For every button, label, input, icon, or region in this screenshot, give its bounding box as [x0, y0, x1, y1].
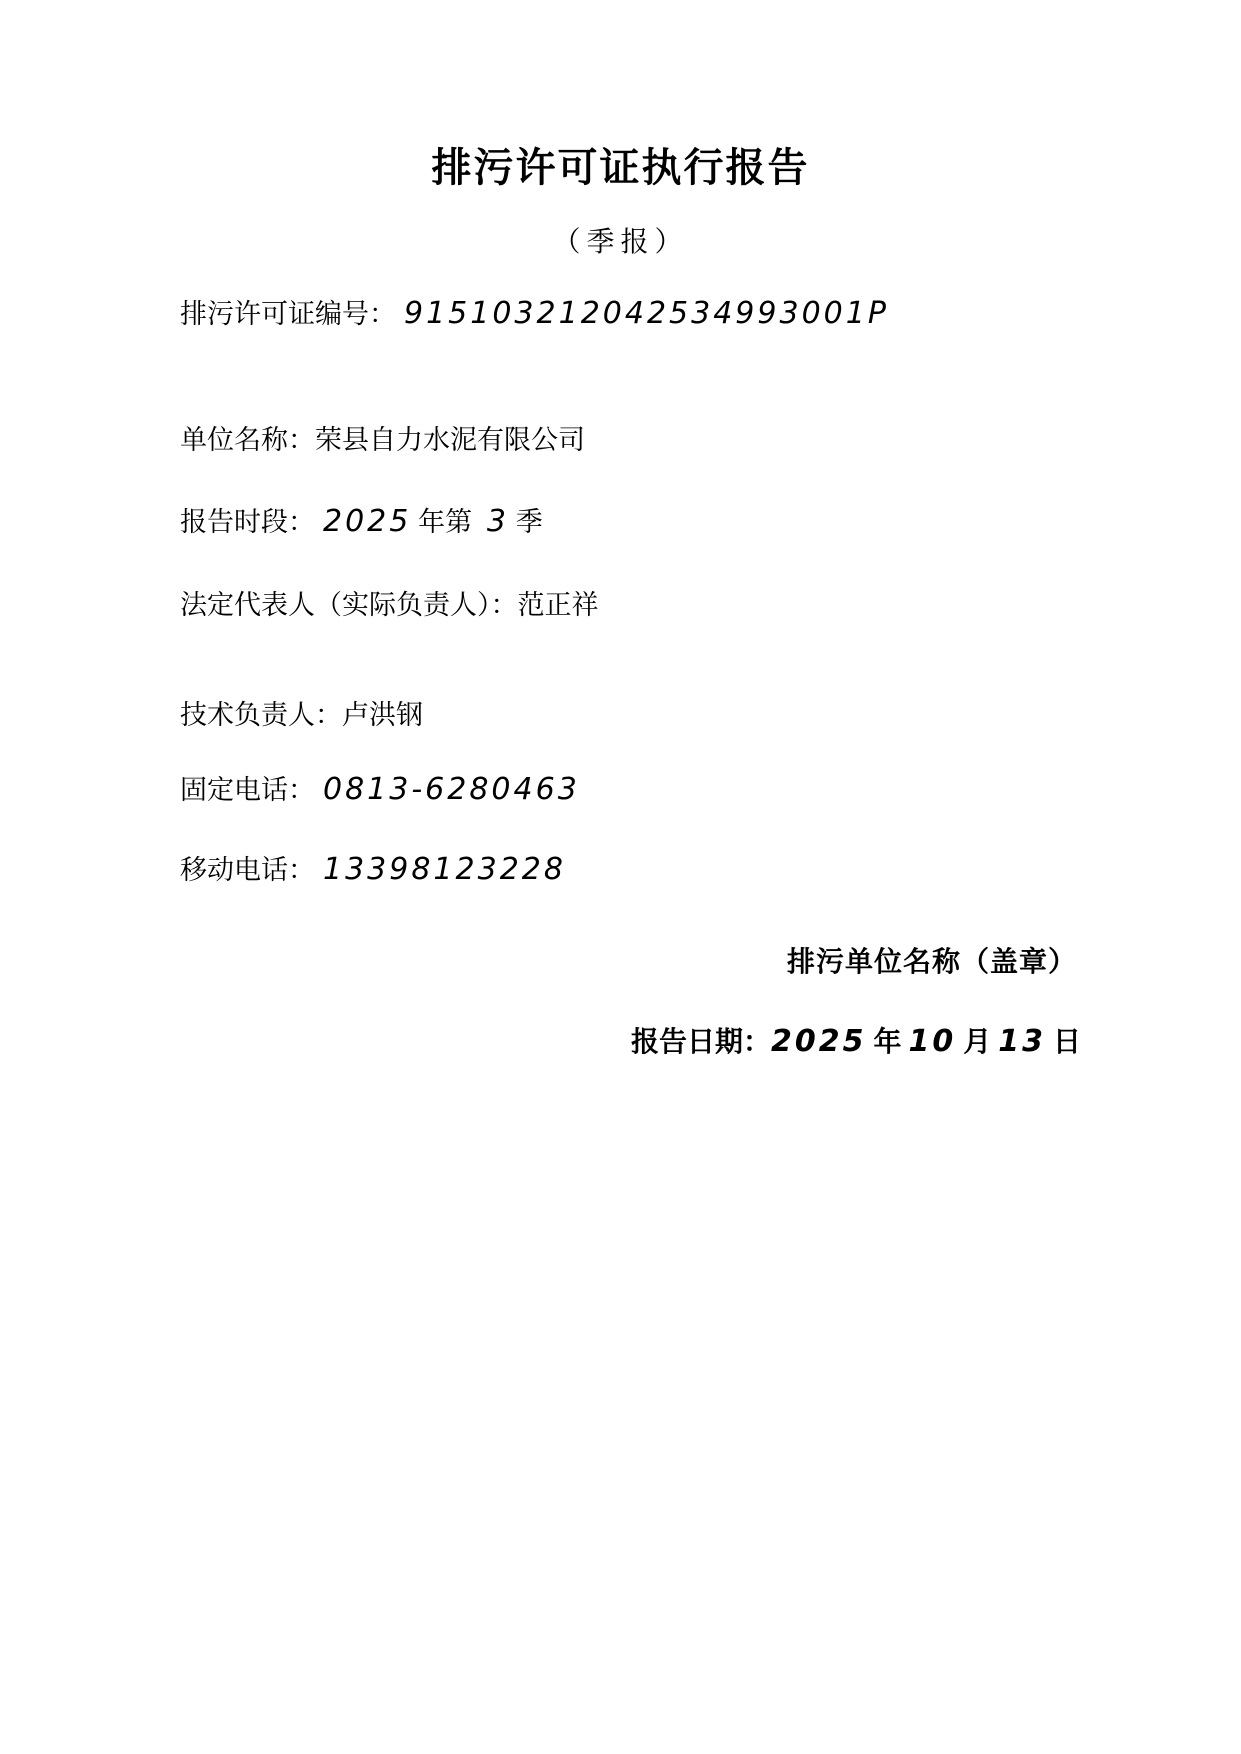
stamp-line: 排污单位名称（盖章） — [787, 940, 1077, 980]
text-segment: 3 — [479, 504, 509, 539]
text-segment: 报告日期： — [631, 1027, 771, 1058]
text-segment: 13398123228 — [315, 852, 566, 887]
text-segment: 法定代表人（实际负责人）： — [180, 590, 518, 620]
text-segment: 固定电话： — [180, 775, 315, 805]
text-segment: 荣县自力水泥有限公司 — [315, 425, 585, 455]
text-segment: 季 — [509, 507, 543, 537]
report-type-subtitle: （季报） — [0, 220, 1241, 260]
text-segment: 2025 — [771, 1024, 867, 1059]
text-segment: 卢洪钢 — [342, 700, 423, 730]
report-date-line: 报告日期：2025 年 10 月 13 日 — [631, 1020, 1081, 1060]
field-landline-phone: 固定电话：0813-6280463 — [180, 770, 580, 810]
field-legal-representative: 法定代表人（实际负责人）：范正祥 — [180, 585, 599, 625]
field-permit-number: 排污许可证编号：915103212042534993001P — [180, 294, 889, 334]
page-title: 排污许可证执行报告 — [0, 136, 1241, 193]
field-technical-director: 技术负责人：卢洪钢 — [180, 695, 423, 735]
text-segment: 10 — [908, 1024, 956, 1059]
text-segment: 排污许可证编号： — [180, 299, 396, 329]
field-report-period: 报告时段：2025 年第 3 季 — [180, 502, 543, 542]
field-mobile-phone: 移动电话：13398123228 — [180, 850, 566, 890]
report-cover-page: 排污许可证执行报告 （季报） 排污许可证编号：91510321204253499… — [0, 0, 1241, 1754]
text-segment: 年 — [866, 1027, 908, 1058]
text-segment: 13 — [998, 1024, 1046, 1059]
text-segment: 2025 — [315, 504, 411, 539]
text-segment: 915103212042534993001P — [396, 296, 889, 331]
text-segment: 月 — [956, 1027, 998, 1058]
text-segment: 技术负责人： — [180, 700, 342, 730]
text-segment: 范正祥 — [518, 590, 599, 620]
text-segment: 日 — [1046, 1027, 1081, 1058]
text-segment: 年第 — [411, 507, 479, 537]
field-unit-name: 单位名称：荣县自力水泥有限公司 — [180, 420, 585, 460]
text-segment: 单位名称： — [180, 425, 315, 455]
text-segment: 移动电话： — [180, 855, 315, 885]
text-segment: 报告时段： — [180, 507, 315, 537]
text-segment: 0813-6280463 — [315, 772, 580, 807]
